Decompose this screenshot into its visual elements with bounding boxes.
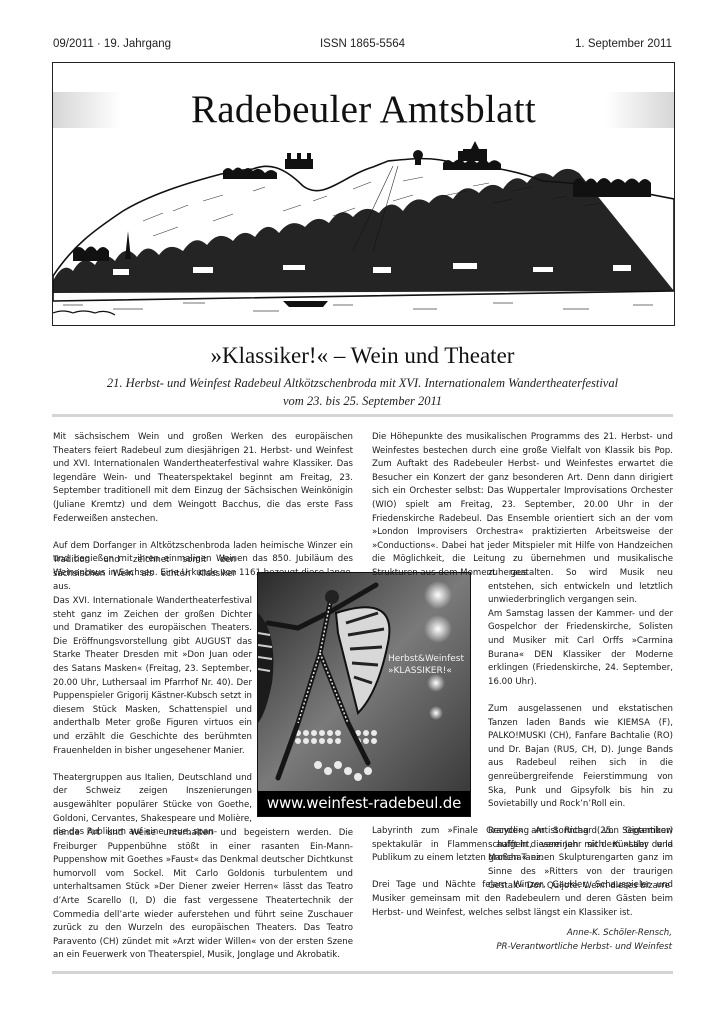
divider-bottom: [52, 971, 673, 974]
divider-top: [52, 414, 673, 417]
left-column-bottom: nende Art und Weise unterhalten und bege…: [53, 827, 353, 963]
right-column-bottom: Labyrinth zum »Finale Grande« am Sonntag…: [372, 825, 673, 920]
paragraph: Am Samstag lassen der Kammer- und der Go…: [488, 608, 673, 690]
paragraph: nende Art und Weise unterhalten und bege…: [53, 827, 353, 963]
article-headline: »Klassiker!« – Wein und Theater: [0, 343, 725, 369]
right-column-top: Die Höhepunkte des musikalischen Program…: [372, 431, 673, 581]
paragraph: Das XVI. Internationale Wandertheaterfes…: [53, 595, 252, 758]
poster-label: Herbst&Weinfest »KLASSIKER!«: [388, 653, 464, 677]
newspaper-page: 09/2011 · 19. Jahrgang ISSN 1865-5564 1.…: [0, 0, 725, 1024]
paragraph: Die Höhepunkte des musikalischen Program…: [372, 431, 673, 581]
poster-url-link[interactable]: www.weinfest-radebeul.de: [258, 791, 470, 816]
paragraph: Drei Tage und Nächte feiern Winzer, Gauk…: [372, 879, 673, 920]
paragraph: Tradition und zeichnet somit den sächsis…: [53, 554, 236, 595]
article-date-range: vom 23. bis 25. September 2011: [0, 394, 725, 409]
article-subheadline: 21. Herbst- und Weinfest Radebeul Altköt…: [0, 376, 725, 391]
festival-poster: Herbst&Weinfest »KLASSIKER!« www.weinfes…: [257, 572, 471, 817]
poster-label-line-2: »KLASSIKER!«: [388, 665, 464, 677]
left-column-wrap-2: Das XVI. Internationale Wandertheaterfes…: [53, 595, 252, 840]
paragraph: Labyrinth zum »Finale Grande« am Sonntag…: [372, 825, 673, 866]
poster-label-line-1: Herbst&Weinfest: [388, 653, 464, 665]
masthead: Radebeuler Amtsblatt: [52, 62, 675, 326]
left-column-wrap-1: Tradition und zeichnet somit den sächsis…: [53, 554, 236, 595]
paragraph: zu gestalten. So wird Musik neu entstehe…: [488, 567, 673, 608]
issue-date: 1. September 2011: [575, 38, 672, 50]
landscape-illustration: [53, 141, 674, 325]
author-role: PR-Verantwortliche Herbst- und Weinfest: [496, 942, 672, 952]
paragraph: Zum ausgelassenen und ekstatischen Tanze…: [488, 703, 673, 812]
author-name: Anne-K. Schöler-Rensch,: [567, 928, 672, 938]
masthead-title: Radebeuler Amtsblatt: [53, 87, 674, 132]
dancer-artwork: [258, 573, 470, 791]
paragraph: Mit sächsischem Wein und großen Werken d…: [53, 431, 353, 526]
